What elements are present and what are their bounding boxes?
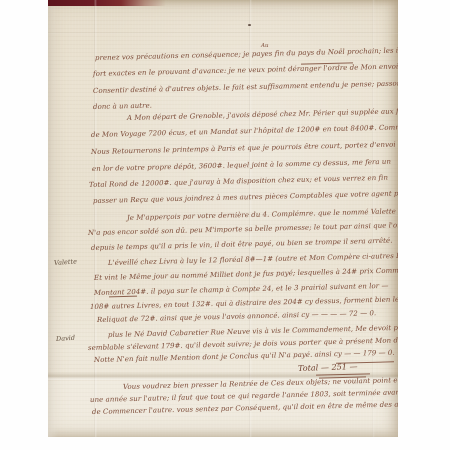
letter-line: Total Rond de 12000#. que j'auray à Ma d… <box>89 174 388 189</box>
letter-line: A Mon départ de Grenoble, j'avois déposé… <box>127 107 398 122</box>
letter-line: de Mon Voyage 7200 écus, et un Mandat su… <box>91 123 398 139</box>
letter-paper: Valette David Au prenez vos précautions … <box>48 0 398 437</box>
letter-line: L'éveillé chez Livra à luy le 12 floréal… <box>108 251 398 267</box>
horizontal-crease <box>48 32 398 34</box>
letter-line: Consentir destiné à d'autres objets. le … <box>93 79 398 95</box>
letter-line: en lor de votre propre dépôt, 3600#. leq… <box>92 158 391 173</box>
letter-line: Reliquat de 72#. ainsi que je vous l'avo… <box>97 309 376 324</box>
letter-line: Montant 204#. il paya sur le champ à Com… <box>94 282 389 297</box>
underline-204 <box>109 296 137 298</box>
letter-line: fort exactes en le prouvant d'avance: je… <box>93 62 398 78</box>
letter-line: donc à un autre. <box>93 102 152 111</box>
letter-line: N'a pas encor soldé son dû. peu M'import… <box>88 221 398 237</box>
letter-line: depuis le temps qu'il a pris le vin, il … <box>91 237 393 252</box>
letter-line: 108# autres Livres, en tout 132#. qui à … <box>90 295 398 311</box>
letter-line: passer un Reçu que vous joindrez à mes a… <box>93 189 398 205</box>
letter-line: Je M'apperçois par votre dernière du 4. … <box>127 206 398 222</box>
letter-line: Nous Retournerons le printemps à Paris e… <box>91 140 398 156</box>
inserted-word: Au <box>261 43 269 49</box>
letter-line: prenez vos précautions en conséquence; j… <box>95 46 398 62</box>
margin-note-valette: Valette <box>54 257 77 267</box>
photo-canvas: Valette David Au prenez vos précautions … <box>0 0 450 450</box>
letter-line: Et vint le Même jour au nommé Milliet do… <box>94 266 398 282</box>
margin-note-david: David <box>56 334 76 343</box>
red-backing-edge <box>48 0 166 6</box>
ink-speck <box>248 24 251 26</box>
sum-rule-179 <box>336 361 394 363</box>
